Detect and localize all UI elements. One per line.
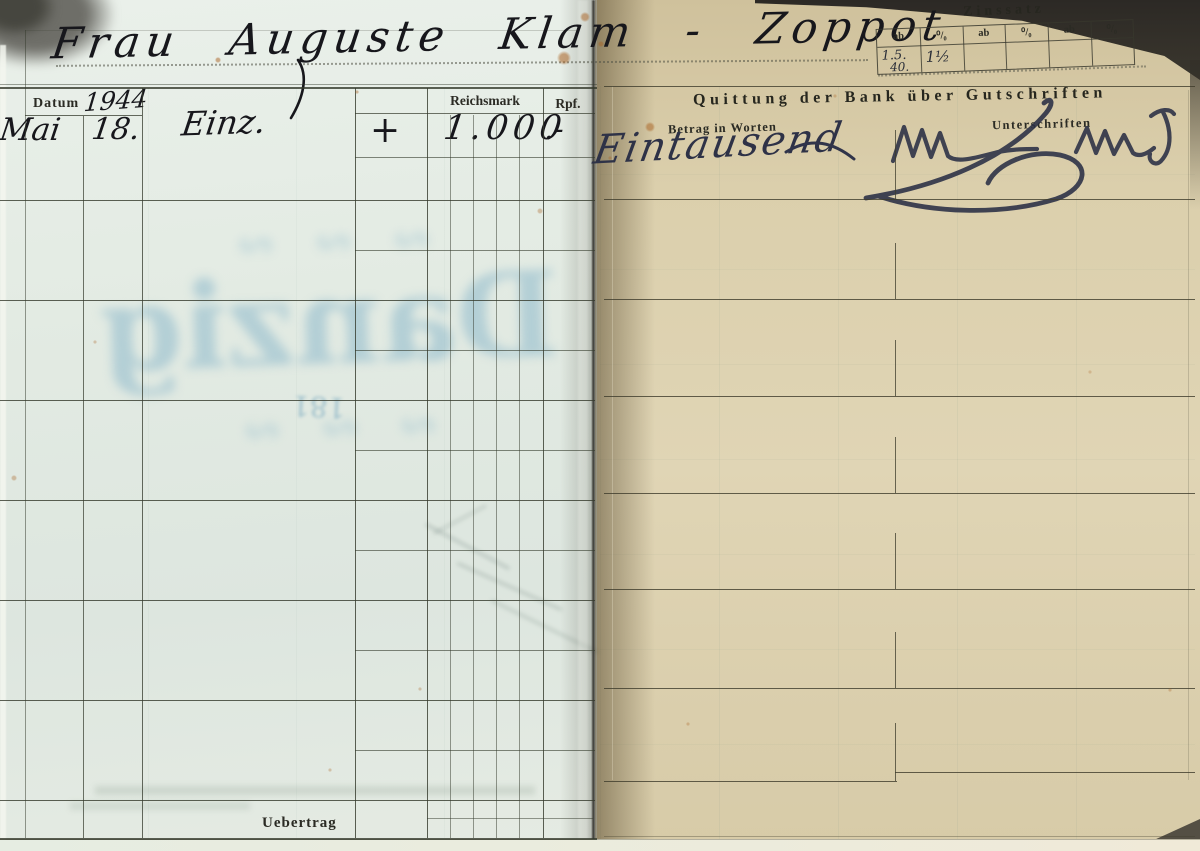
grid-line — [355, 113, 595, 114]
grid-line — [519, 115, 520, 838]
grid-line — [895, 437, 896, 493]
grid-line — [895, 533, 896, 589]
grid-line — [355, 350, 595, 351]
stain — [686, 722, 690, 726]
grid-line — [895, 130, 896, 199]
stain — [537, 208, 543, 214]
grid-line — [0, 84, 597, 85]
grid-line — [604, 86, 1195, 87]
stain — [328, 768, 332, 772]
grid-line — [427, 818, 593, 819]
grid-line — [355, 88, 356, 838]
stain — [1088, 370, 1092, 374]
grid-line — [355, 650, 595, 651]
grid-line — [895, 243, 896, 299]
grid-line — [0, 87, 597, 89]
grid-line — [604, 688, 1195, 689]
grid-line — [142, 88, 143, 838]
grid-line — [355, 550, 595, 551]
grid-line — [604, 836, 1195, 837]
grid-line — [895, 723, 896, 781]
grid-line — [543, 88, 544, 838]
grid-line — [427, 88, 428, 838]
stain — [1168, 688, 1172, 692]
grid-line — [355, 750, 595, 751]
grid-line — [355, 157, 595, 158]
grid-line — [25, 30, 26, 838]
grid-line — [604, 396, 1195, 397]
grid-line — [355, 450, 595, 451]
grid-line — [0, 200, 595, 201]
grid-line — [1188, 90, 1189, 780]
stain — [833, 94, 837, 98]
stain — [608, 156, 612, 160]
grid-lines-layer — [0, 0, 1200, 851]
passbook-photo: ∾ ∾ ∾ Danzig ∾ ∾ ∾ 181 Frau Auguste Klam… — [0, 0, 1200, 851]
grid-line — [604, 299, 1195, 300]
stain — [11, 475, 17, 481]
grid-line — [0, 838, 597, 840]
grid-line — [604, 199, 1195, 200]
grid-line — [355, 250, 595, 251]
stain — [215, 57, 221, 63]
grid-line — [895, 340, 896, 396]
grid-line — [0, 300, 595, 301]
grid-line — [473, 115, 474, 838]
grid-line — [0, 600, 595, 601]
grid-line — [895, 632, 896, 688]
grid-line — [0, 800, 595, 801]
grid-line — [0, 500, 595, 501]
grid-line — [604, 589, 1195, 590]
grid-line — [604, 493, 1195, 494]
grid-line — [0, 400, 595, 401]
stain — [598, 41, 604, 47]
stain — [418, 687, 422, 691]
grid-line — [0, 700, 595, 701]
grid-line — [450, 115, 451, 838]
grid-line — [496, 115, 497, 838]
stain — [355, 90, 359, 94]
stain — [93, 340, 97, 344]
stain — [557, 51, 571, 65]
grid-line — [895, 772, 1195, 773]
stain — [645, 122, 655, 132]
grid-line — [604, 781, 897, 782]
grid-line — [83, 116, 84, 838]
stain — [580, 12, 590, 22]
